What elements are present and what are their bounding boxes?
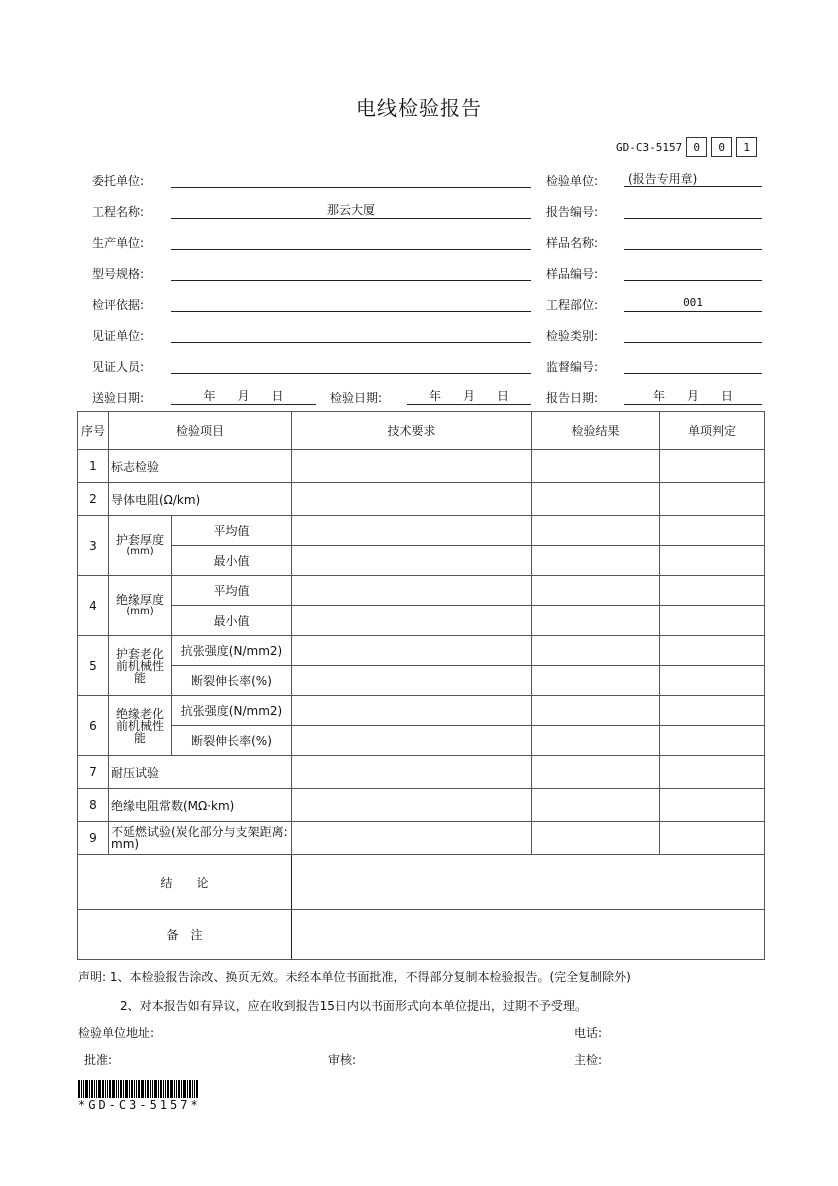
cell-judgement[interactable] <box>660 546 765 576</box>
cell-result[interactable] <box>532 789 660 822</box>
label-inspection-unit: 检验单位: <box>546 172 598 189</box>
row-no: 4 <box>78 576 109 636</box>
conclusion-row: 结 论 <box>78 855 765 910</box>
cell-result[interactable] <box>532 822 660 855</box>
sub-item: 抗张强度(N/mm2) <box>172 696 292 726</box>
report-code: GD-C3-5157 0 0 1 <box>616 137 757 157</box>
phone-label: 电话: <box>574 1024 602 1041</box>
conclusion-label: 结 论 <box>78 855 292 910</box>
table-row: 3 护套厚度(mm) 平均值 <box>78 516 765 546</box>
table-row: 9 不延燃试验(炭化部分与支架距离: mm) <box>78 822 765 855</box>
table-row: 最小值 <box>78 546 765 576</box>
header-judgement: 单项判定 <box>660 412 765 450</box>
cell-judgement[interactable] <box>660 756 765 789</box>
item-label: 绝缘厚度 <box>111 594 169 606</box>
field-inspection-type[interactable] <box>624 326 762 343</box>
code-box-3: 1 <box>736 137 757 157</box>
header-no: 序号 <box>78 412 109 450</box>
field-inspect-date[interactable]: 年 月 日 <box>407 388 531 405</box>
cell-requirement[interactable] <box>292 726 532 756</box>
field-project-part[interactable]: 001 <box>624 295 762 312</box>
cell-judgement[interactable] <box>660 516 765 546</box>
statement-line-2: 2、对本报告如有异议，应在收到报告15日内以书面形式向本单位提出，过期不予受理。 <box>120 997 587 1014</box>
cell-result[interactable] <box>532 483 660 516</box>
row-item: 绝缘电阻常数(MΩ·km) <box>109 789 292 822</box>
row-no: 3 <box>78 516 109 576</box>
field-witness-person[interactable] <box>171 357 531 374</box>
inspection-table: 序号 检验项目 技术要求 检验结果 单项判定 1 标志检验 2 导体电阻(Ω/k… <box>77 411 765 960</box>
cell-result[interactable] <box>532 636 660 666</box>
cell-judgement[interactable] <box>660 789 765 822</box>
field-inspection-unit[interactable]: (报告专用章) <box>624 171 762 187</box>
cell-judgement[interactable] <box>660 822 765 855</box>
field-evaluation-basis[interactable] <box>171 295 531 312</box>
cell-result[interactable] <box>532 576 660 606</box>
remarks-field[interactable] <box>292 910 765 960</box>
inspector-label: 主检: <box>574 1051 602 1068</box>
cell-judgement[interactable] <box>660 483 765 516</box>
report-day: 日 <box>721 388 733 404</box>
label-witness-unit: 见证单位: <box>92 327 144 344</box>
table-row: 6 绝缘老化前机械性能 抗张强度(N/mm2) <box>78 696 765 726</box>
inspect-year: 年 <box>429 388 441 404</box>
field-project-name[interactable]: 那云大厦 <box>171 202 531 219</box>
sub-item: 平均值 <box>172 516 292 546</box>
label-model-spec: 型号规格: <box>92 265 144 282</box>
cell-requirement[interactable] <box>292 450 532 483</box>
label-sample-number: 样品编号: <box>546 265 598 282</box>
cell-requirement[interactable] <box>292 606 532 636</box>
cell-requirement[interactable] <box>292 576 532 606</box>
code-box-1: 0 <box>686 137 707 157</box>
table-row: 5 护套老化前机械性能 抗张强度(N/mm2) <box>78 636 765 666</box>
field-report-number[interactable] <box>624 202 762 219</box>
send-month: 月 <box>237 388 249 404</box>
cell-result[interactable] <box>532 666 660 696</box>
label-witness-person: 见证人员: <box>92 358 144 375</box>
cell-requirement[interactable] <box>292 822 532 855</box>
report-year: 年 <box>653 388 665 404</box>
table-row: 最小值 <box>78 606 765 636</box>
report-title: 电线检验报告 <box>0 92 838 121</box>
cell-result[interactable] <box>532 606 660 636</box>
cell-requirement[interactable] <box>292 666 532 696</box>
cell-requirement[interactable] <box>292 636 532 666</box>
label-manufacturer: 生产单位: <box>92 234 144 251</box>
cell-judgement[interactable] <box>660 666 765 696</box>
row-item: 护套老化前机械性能 <box>109 636 172 696</box>
cell-judgement[interactable] <box>660 696 765 726</box>
cell-judgement[interactable] <box>660 636 765 666</box>
code-box-2: 0 <box>711 137 732 157</box>
cell-result[interactable] <box>532 450 660 483</box>
field-supervision-number[interactable] <box>624 357 762 374</box>
barcode-icon <box>78 1080 233 1098</box>
field-sample-name[interactable] <box>624 233 762 250</box>
label-evaluation-basis: 检评依据: <box>92 296 144 313</box>
cell-result[interactable] <box>532 546 660 576</box>
sub-item: 断裂伸长率(%) <box>172 666 292 696</box>
remarks-row: 备 注 <box>78 910 765 960</box>
label-report-date: 报告日期: <box>546 389 598 406</box>
row-no: 7 <box>78 756 109 789</box>
table-row: 断裂伸长率(%) <box>78 666 765 696</box>
row-item: 护套厚度(mm) <box>109 516 172 576</box>
inspect-day: 日 <box>497 388 509 404</box>
row-no: 2 <box>78 483 109 516</box>
item-label: 护套厚度 <box>111 534 169 546</box>
review-label: 审核: <box>328 1051 356 1068</box>
sub-item: 最小值 <box>172 546 292 576</box>
table-header-row: 序号 检验项目 技术要求 检验结果 单项判定 <box>78 412 765 450</box>
label-report-number: 报告编号: <box>546 203 598 220</box>
sub-item: 平均值 <box>172 576 292 606</box>
table-row: 8 绝缘电阻常数(MΩ·km) <box>78 789 765 822</box>
address-label: 检验单位地址: <box>78 1024 154 1041</box>
cell-requirement[interactable] <box>292 546 532 576</box>
cell-requirement[interactable] <box>292 789 532 822</box>
label-inspect-date: 检验日期: <box>330 389 382 406</box>
header-result: 检验结果 <box>532 412 660 450</box>
row-no: 6 <box>78 696 109 756</box>
cell-judgement[interactable] <box>660 726 765 756</box>
conclusion-field[interactable] <box>292 855 765 910</box>
row-no: 9 <box>78 822 109 855</box>
cell-result[interactable] <box>532 726 660 756</box>
remarks-label: 备 注 <box>78 910 292 960</box>
approve-label: 批准: <box>84 1051 112 1068</box>
sub-item: 最小值 <box>172 606 292 636</box>
row-item: 标志检验 <box>109 450 292 483</box>
header-requirement: 技术要求 <box>292 412 532 450</box>
row-no: 1 <box>78 450 109 483</box>
code-prefix: GD-C3-5157 <box>616 141 682 154</box>
table-row: 1 标志检验 <box>78 450 765 483</box>
table-row: 4 绝缘厚度(mm) 平均值 <box>78 576 765 606</box>
row-item: 导体电阻(Ω/km) <box>109 483 292 516</box>
sub-item: 断裂伸长率(%) <box>172 726 292 756</box>
row-item: 不延燃试验(炭化部分与支架距离: mm) <box>109 822 292 855</box>
barcode-text: *GD-C3-5157* <box>78 1098 201 1112</box>
label-sample-name: 样品名称: <box>546 234 598 251</box>
cell-requirement[interactable] <box>292 483 532 516</box>
row-item: 耐压试验 <box>109 756 292 789</box>
send-day: 日 <box>272 388 284 404</box>
send-year: 年 <box>203 388 215 404</box>
field-model-spec[interactable] <box>171 264 531 281</box>
cell-judgement[interactable] <box>660 576 765 606</box>
field-witness-unit[interactable] <box>171 326 531 343</box>
field-send-date[interactable]: 年 月 日 <box>171 388 316 405</box>
table-row: 断裂伸长率(%) <box>78 726 765 756</box>
cell-requirement[interactable] <box>292 756 532 789</box>
inspect-month: 月 <box>463 388 475 404</box>
cell-requirement[interactable] <box>292 516 532 546</box>
cell-requirement[interactable] <box>292 696 532 726</box>
label-project-part: 工程部位: <box>546 296 598 313</box>
report-month: 月 <box>687 388 699 404</box>
row-no: 8 <box>78 789 109 822</box>
label-inspection-type: 检验类别: <box>546 327 598 344</box>
table-row: 7 耐压试验 <box>78 756 765 789</box>
field-client[interactable] <box>171 171 531 188</box>
statement-line-1: 声明: 1、本检验报告涂改、换页无效。未经本单位书面批准，不得部分复制本检验报告… <box>78 968 631 985</box>
field-sample-number[interactable] <box>624 264 762 281</box>
table-row: 2 导体电阻(Ω/km) <box>78 483 765 516</box>
cell-judgement[interactable] <box>660 606 765 636</box>
row-item: 绝缘厚度(mm) <box>109 576 172 636</box>
item-unit: (mm) <box>111 546 169 557</box>
label-project-name: 工程名称: <box>92 203 144 220</box>
cell-result[interactable] <box>532 756 660 789</box>
cell-judgement[interactable] <box>660 450 765 483</box>
row-no: 5 <box>78 636 109 696</box>
field-report-date[interactable]: 年 月 日 <box>624 388 762 405</box>
cell-result[interactable] <box>532 516 660 546</box>
label-supervision-number: 监督编号: <box>546 358 598 375</box>
item-unit: (mm) <box>111 606 169 617</box>
row-item: 绝缘老化前机械性能 <box>109 696 172 756</box>
label-client: 委托单位: <box>92 172 144 189</box>
label-send-date: 送验日期: <box>92 389 144 406</box>
field-manufacturer[interactable] <box>171 233 531 250</box>
cell-result[interactable] <box>532 696 660 726</box>
header-item: 检验项目 <box>109 412 292 450</box>
sub-item: 抗张强度(N/mm2) <box>172 636 292 666</box>
